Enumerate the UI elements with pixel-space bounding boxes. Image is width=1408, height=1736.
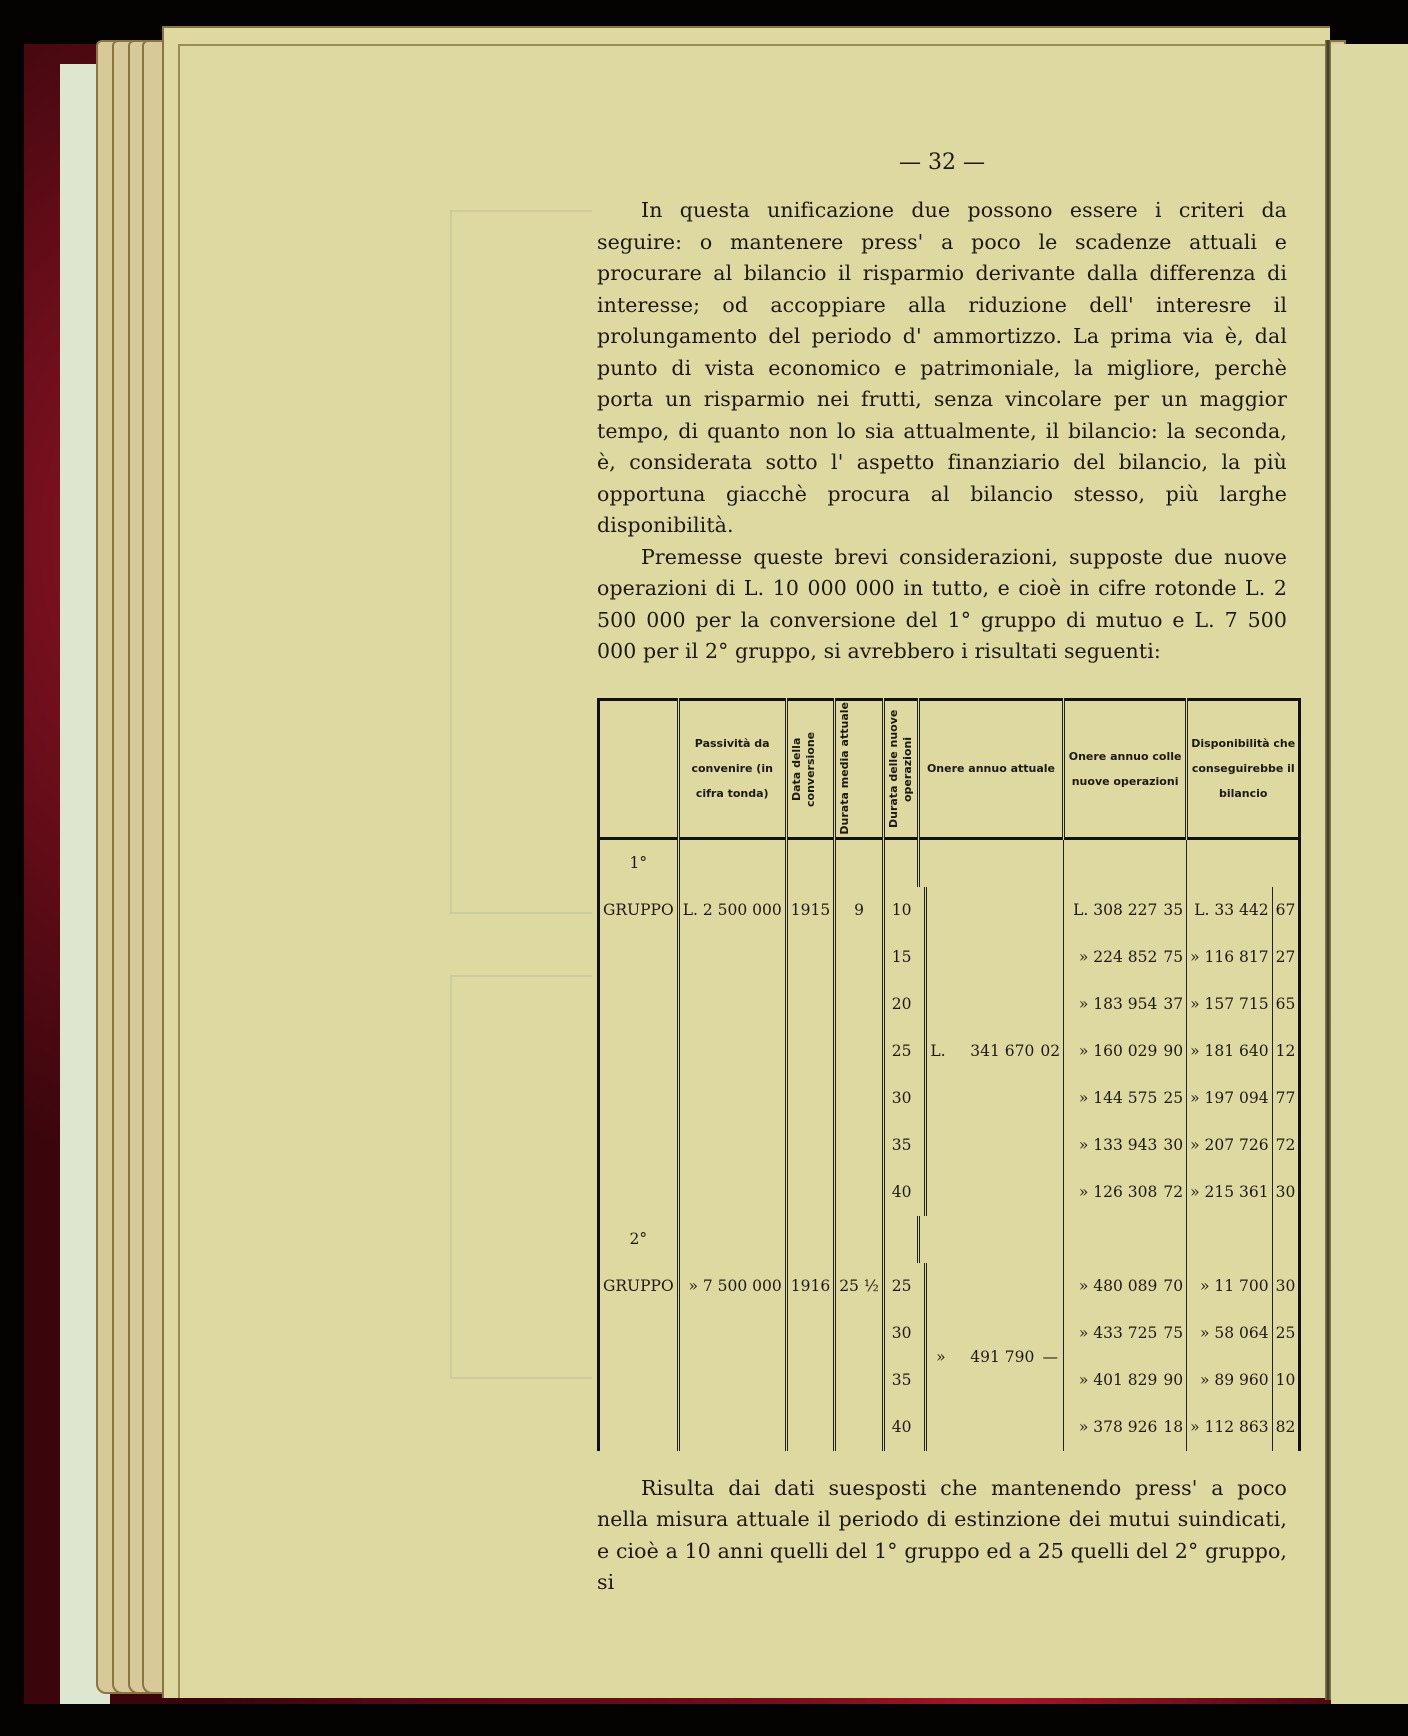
header-data-conversione: Data della conversione xyxy=(786,699,834,838)
table-row: 25 L. 341 670 02 » 160 029 90 » 181 640 … xyxy=(599,1028,1300,1075)
results-table: Passività da convenire (in cifra tonda) … xyxy=(597,698,1301,1451)
table-row: 2° xyxy=(599,1216,1300,1263)
group-number: 2° xyxy=(599,1216,679,1263)
durata-media-value: 25 ½ xyxy=(835,1263,884,1310)
page-number: — 32 — xyxy=(597,150,1287,175)
header-onere-nuove: Onere annuo colle nuove operazioni xyxy=(1064,699,1187,838)
facing-page xyxy=(1331,44,1408,1704)
group-label: GRUPPO xyxy=(599,887,679,934)
table-row: 1° xyxy=(599,838,1300,887)
onere-attuale-value: L. 341 670 xyxy=(926,1028,1037,1075)
page-content: — 32 — In questa unificazione due posson… xyxy=(597,150,1287,1599)
onere-attuale-cents: 02 xyxy=(1037,1028,1063,1075)
table-row: 40 » 378 926 18 » 112 863 82 xyxy=(599,1404,1300,1451)
onere-attuale-value: » 491 790 xyxy=(926,1310,1037,1404)
header-durata-nuove: Durata delle nuove operazioni xyxy=(883,699,918,838)
header-group xyxy=(599,699,679,838)
durata-media-value: 9 xyxy=(835,887,884,934)
durata-nuove-value: 10 xyxy=(883,887,918,934)
group-number: 1° xyxy=(599,838,679,887)
table-row: 35 » 133 943 30 » 207 726 72 xyxy=(599,1122,1300,1169)
header-passivita: Passività da convenire (in cifra tonda) xyxy=(678,699,786,838)
table-row: GRUPPO » 7 500 000 1916 25 ½ 25 » 480 08… xyxy=(599,1263,1300,1310)
disponibilita-cents: 67 xyxy=(1272,887,1300,934)
table-row: 20 » 183 954 37 » 157 715 65 xyxy=(599,981,1300,1028)
group-label: GRUPPO xyxy=(599,1263,679,1310)
onere-attuale-cents: — xyxy=(1037,1310,1063,1404)
data-conversione-value: 1916 xyxy=(786,1263,834,1310)
passivita-value: L. 2 500 000 xyxy=(678,887,786,934)
show-through-table xyxy=(450,975,592,1379)
passivita-value: » 7 500 000 xyxy=(678,1263,786,1310)
onere-nuove-cents: 35 xyxy=(1160,887,1186,934)
header-onere-attuale: Onere annuo attuale xyxy=(918,699,1063,838)
table-row: 15 » 224 852 75 » 116 817 27 xyxy=(599,934,1300,981)
header-durata-media: Durata media attuale xyxy=(835,699,884,838)
data-conversione-value: 1915 xyxy=(786,887,834,934)
table-header-row: Passività da convenire (in cifra tonda) … xyxy=(599,699,1300,838)
paragraph: Risulta dai dati suesposti che mantenend… xyxy=(597,1473,1287,1599)
paragraph: In questa unificazione due possono esser… xyxy=(597,195,1287,542)
paragraph: Premesse queste brevi considerazioni, su… xyxy=(597,542,1287,668)
table-row: 40 » 126 308 72 » 215 361 30 xyxy=(599,1169,1300,1216)
table-row: 30 » 491 790 — » 433 725 75 » 58 064 25 xyxy=(599,1310,1300,1357)
table-row: 30 » 144 575 25 » 197 094 77 xyxy=(599,1075,1300,1122)
onere-nuove-value: L. 308 227 xyxy=(1070,887,1160,934)
show-through-table xyxy=(450,210,592,914)
header-disponibilita: Disponibilità che conseguirebbe il bilan… xyxy=(1187,699,1300,838)
table-row: GRUPPO L. 2 500 000 1915 9 10 L. 308 227… xyxy=(599,887,1300,934)
disponibilita-value: L. 33 442 xyxy=(1187,887,1273,934)
